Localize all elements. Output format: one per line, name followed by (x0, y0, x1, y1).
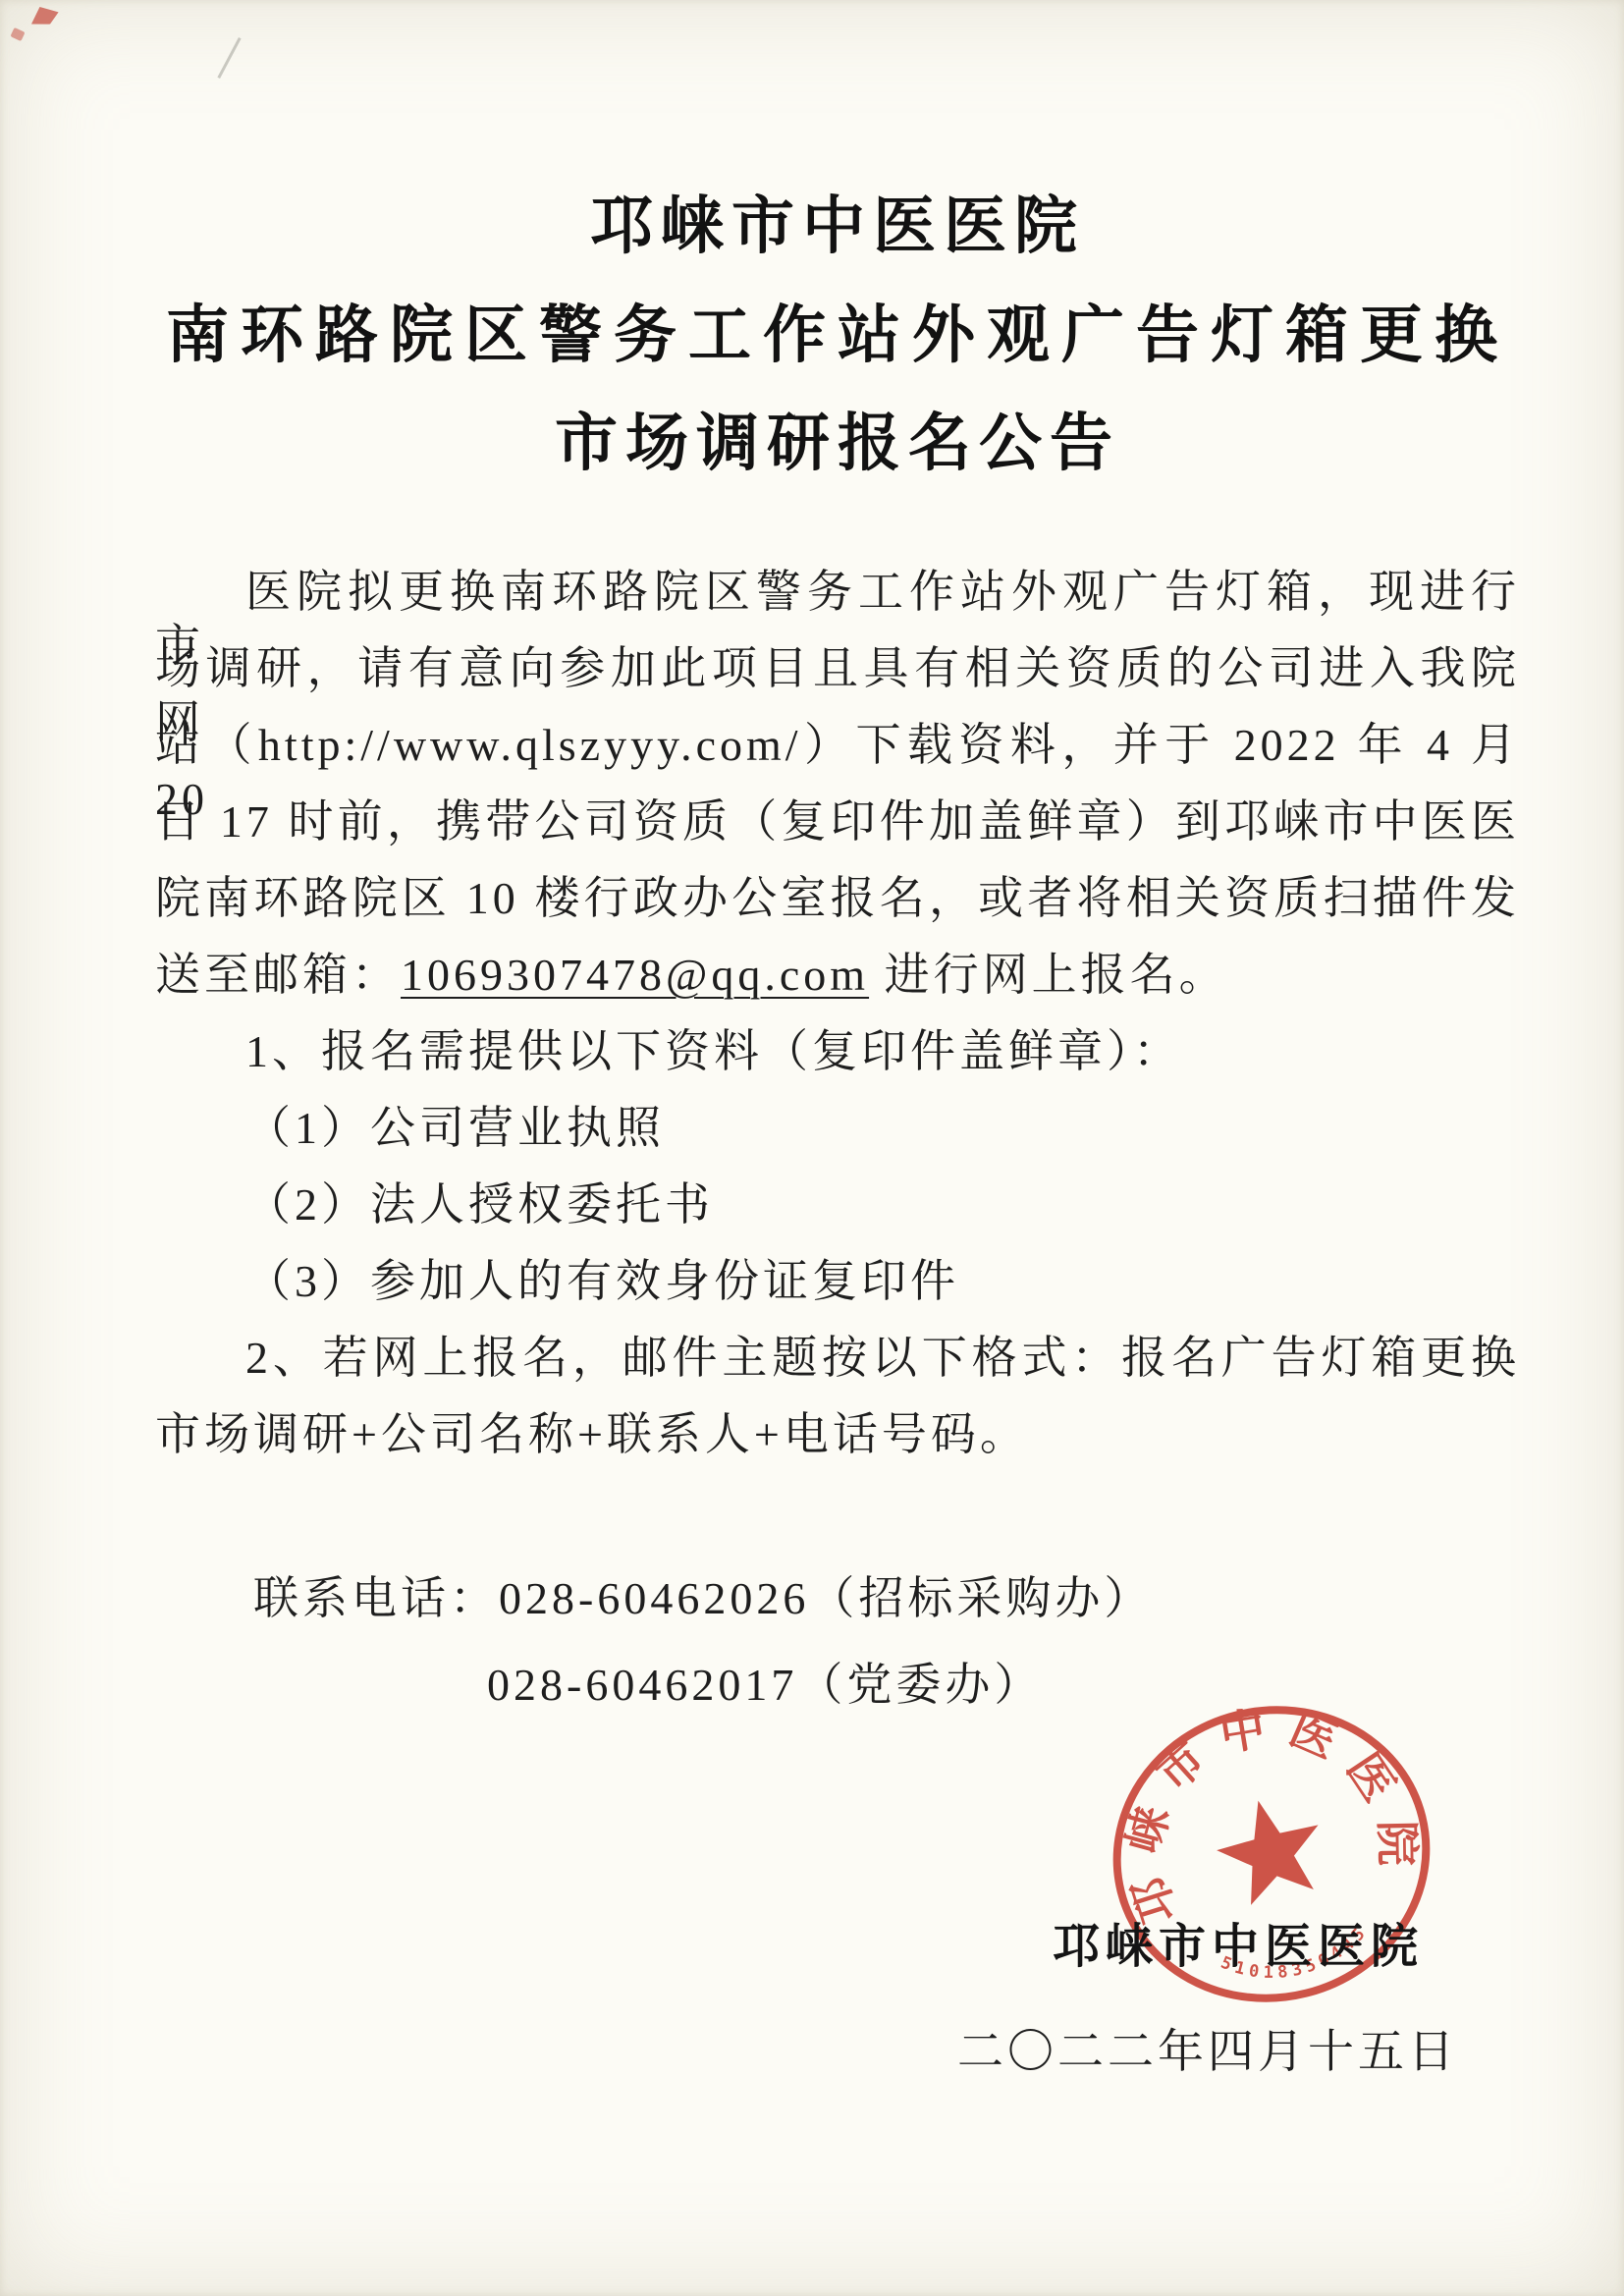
list-item-1-1: （1）公司营业执照 (155, 1101, 1520, 1155)
contact-phone-line-1: 联系电话：028-60462026（招标采购办） (155, 1571, 1618, 1625)
scan-artifact-red-mark (27, 2, 62, 29)
body-line: 院南环路院区 10 楼行政办公室报名，或者将相关资质扫描件发 (155, 871, 1520, 925)
list-item-1: 1、报名需提供以下资料（复印件盖鲜章）： (155, 1024, 1520, 1078)
signature-org-name: 邛崃市中医医院 (1053, 1908, 1424, 1976)
document-title-line-2: 南环路院区警务工作站外观广告灯箱更换 (155, 302, 1520, 368)
document-date: 二〇二二年四月十五日 (957, 2015, 1458, 2081)
document-title-line-3: 市场调研报名公告 (155, 410, 1520, 476)
scan-artifact-gray-line (217, 37, 241, 79)
list-item-2-continued: 市场调研+公司名称+联系人+电话号码。 (155, 1407, 1520, 1461)
email-address: 1069307478@qq.com (401, 950, 869, 1000)
list-item-1-3: （3）参加人的有效身份证复印件 (155, 1254, 1520, 1308)
email-line-prefix: 送至邮箱： (155, 950, 401, 1000)
email-line-suffix: 进行网上报名。 (869, 950, 1228, 1000)
list-item-1-2: （2）法人授权委托书 (155, 1177, 1520, 1231)
body-line: 日 17 时前，携带公司资质（复印件加盖鲜章）到邛崃市中医医 (155, 794, 1520, 848)
list-item-2: 2、若网上报名，邮件主题按以下格式：报名广告灯箱更换 (155, 1331, 1520, 1385)
seal-star-icon (1208, 1788, 1333, 1910)
document-title-line-1: 邛崃市中医医院 (155, 193, 1520, 259)
scan-artifact-red-dot (10, 27, 25, 41)
body-line-email: 送至邮箱：1069307478@qq.com 进行网上报名。 (155, 948, 1520, 1002)
announcement-page: 邛崃市中医医院 南环路院区警务工作站外观广告灯箱更换 市场调研报名公告 医院拟更… (0, 0, 1624, 2296)
